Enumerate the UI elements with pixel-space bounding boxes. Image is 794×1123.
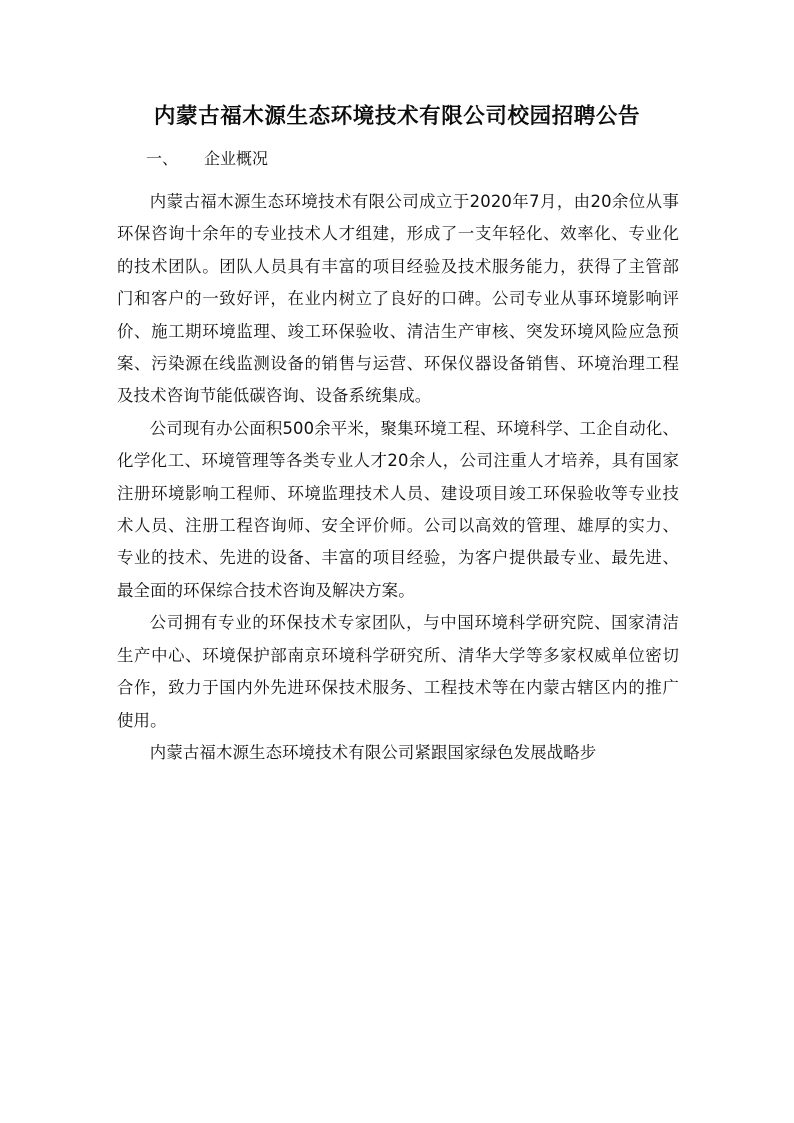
paragraph-office-and-staff: 公司现有办公面积500余平米，聚集环境工程、环境科学、工企自动化、化学化工、环境… — [117, 413, 679, 607]
body-text: 内蒙古福木源生态环境技术有限公司成立于2020年7月，由20余位从事环保咨询十余… — [117, 186, 679, 769]
document-page: 内蒙古福木源生态环境技术有限公司校园招聘公告 一、企业概况 内蒙古福木源生态环境… — [0, 0, 794, 1123]
paragraph-expert-team: 公司拥有专业的环保技术专家团队，与中国环境科学研究院、国家清洁生产中心、环境保护… — [117, 607, 679, 737]
paragraph-green-strategy: 内蒙古福木源生态环境技术有限公司紧跟国家绿色发展战略步 — [117, 737, 679, 769]
document-title: 内蒙古福木源生态环境技术有限公司校园招聘公告 — [0, 101, 794, 133]
section-heading-text: 企业概况 — [204, 149, 268, 168]
section-heading: 一、企业概况 — [146, 145, 268, 173]
paragraph-company-founding: 内蒙古福木源生态环境技术有限公司成立于2020年7月，由20余位从事环保咨询十余… — [117, 186, 679, 413]
section-number: 一、 — [146, 145, 204, 173]
